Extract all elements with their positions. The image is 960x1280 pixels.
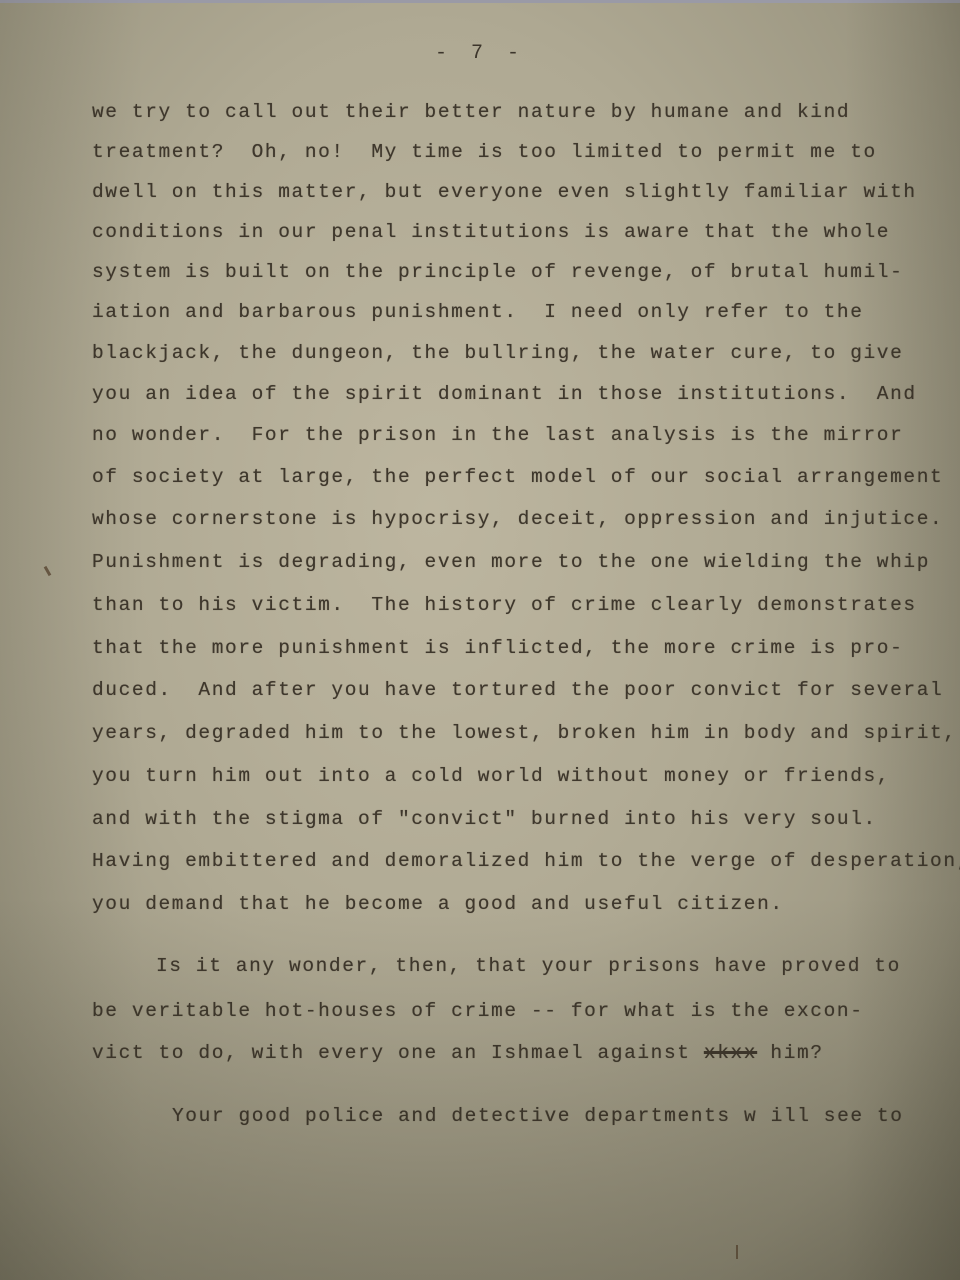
text-line: dwell on this matter, but everyone even … <box>92 181 917 203</box>
text-line: you turn him out into a cold world witho… <box>92 765 890 787</box>
text-line: years, degraded him to the lowest, broke… <box>92 722 957 744</box>
text-line: Having embittered and demoralized him to… <box>92 850 960 872</box>
text-line: Punishment is degrading, even more to th… <box>92 551 930 573</box>
page-number: - 7 - <box>0 42 960 65</box>
text-line: and with the stigma of "convict" burned … <box>92 808 877 830</box>
page-top-edge <box>0 0 960 3</box>
text-line: be veritable hot-houses of crime -- for … <box>92 1000 864 1022</box>
text-segment: him? <box>757 1042 824 1064</box>
text-line: whose cornerstone is hypocrisy, deceit, … <box>92 508 943 530</box>
text-line: blackjack, the dungeon, the bullring, th… <box>92 342 903 364</box>
struck-out-text: xkxx <box>704 1042 757 1064</box>
text-line: of society at large, the perfect model o… <box>92 466 943 488</box>
typed-document-page: - 7 - we try to call out their better na… <box>0 0 960 1280</box>
paper-speck <box>44 566 52 576</box>
paper-speck <box>736 1245 738 1259</box>
text-line: that the more punishment is inflicted, t… <box>92 637 903 659</box>
text-line: you demand that he become a good and use… <box>92 893 784 915</box>
text-line: system is built on the principle of reve… <box>92 261 903 283</box>
text-line: Your good police and detective departmen… <box>172 1105 904 1127</box>
text-line: duced. And after you have tortured the p… <box>92 679 943 701</box>
text-line: no wonder. For the prison in the last an… <box>92 424 903 446</box>
text-line: you an idea of the spirit dominant in th… <box>92 383 917 405</box>
text-line: conditions in our penal institutions is … <box>92 221 890 243</box>
text-segment: vict to do, with every one an Ishmael ag… <box>92 1042 704 1064</box>
text-line: we try to call out their better nature b… <box>92 101 850 123</box>
text-line: Is it any wonder, then, that your prison… <box>156 955 901 977</box>
text-line: vict to do, with every one an Ishmael ag… <box>92 1042 824 1064</box>
text-line: than to his victim. The history of crime… <box>92 594 917 616</box>
text-line: iation and barbarous punishment. I need … <box>92 301 864 323</box>
text-line: treatment? Oh, no! My time is too limite… <box>92 141 877 163</box>
